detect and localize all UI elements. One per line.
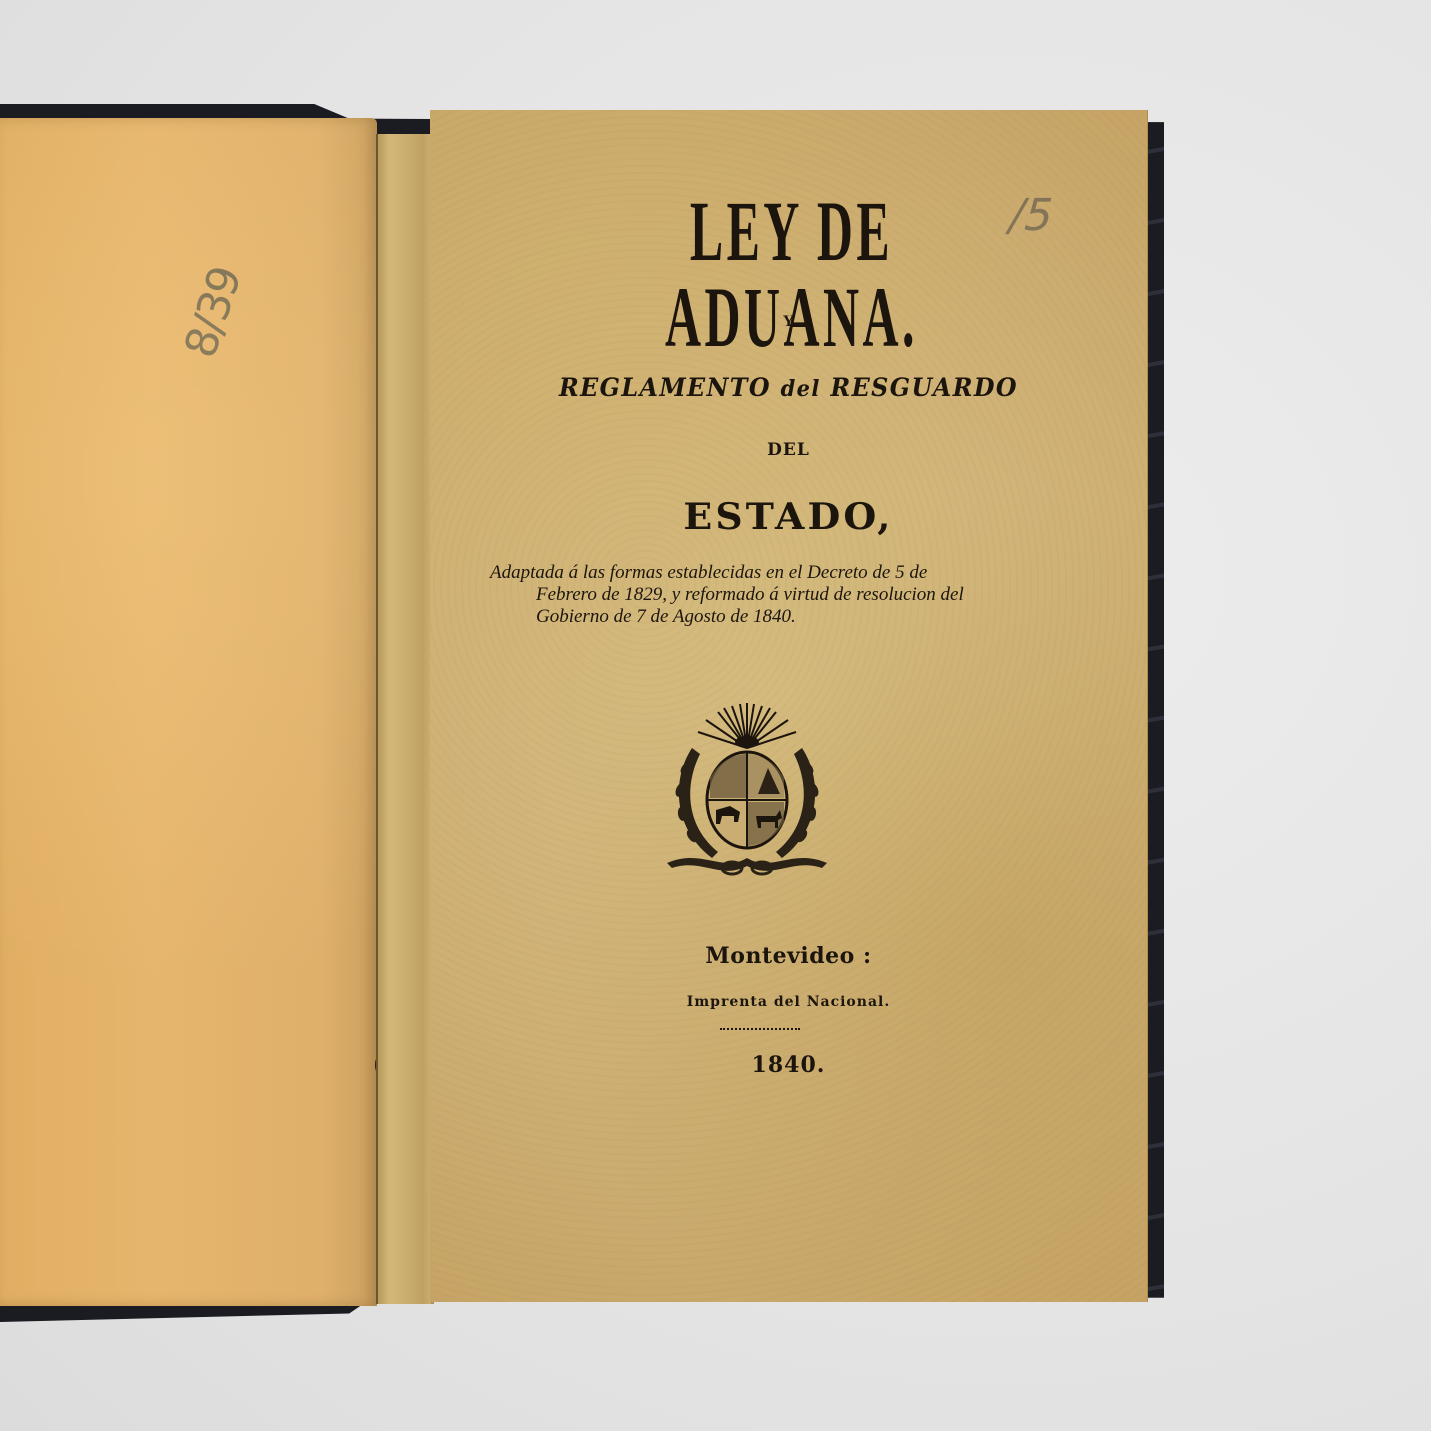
subtitle-del: del bbox=[781, 376, 821, 402]
pencil-shelfmark: 8/39 bbox=[175, 262, 252, 364]
coat-of-arms-icon bbox=[662, 698, 832, 883]
imprint-year: 1840. bbox=[430, 1052, 1147, 1078]
conjunction: Y bbox=[430, 313, 1147, 331]
imprint-city: Montevideo : bbox=[430, 943, 1147, 969]
imprint-printer: Imprenta del Nacional. bbox=[430, 994, 1147, 1010]
main-title: LEY DE ADUANA. bbox=[585, 188, 997, 360]
description-line-1: Adaptada á las formas establecidas en el… bbox=[490, 562, 1030, 584]
subtitle-reglamento: REGLAMENTO bbox=[559, 373, 771, 402]
decorative-rule bbox=[720, 1028, 800, 1031]
subtitle: REGLAMENTO del RESGUARDO bbox=[448, 373, 1129, 402]
pencil-page-number: /5 bbox=[1003, 190, 1059, 241]
title-page: /5 LEY DE ADUANA. Y REGLAMENTO del RESGU… bbox=[430, 110, 1148, 1302]
description-line-3: Gobierno de 7 de Agosto de 1840. bbox=[490, 606, 1030, 628]
description-paragraph: Adaptada á las formas establecidas en el… bbox=[490, 562, 1030, 628]
description-line-2: Febrero de 1829, y reformado á virtud de… bbox=[490, 584, 1030, 606]
estado-line: ESTADO, bbox=[412, 496, 1165, 538]
subtitle-resguardo: RESGUARDO bbox=[830, 373, 1018, 402]
book-gutter-hinge bbox=[376, 134, 434, 1304]
del-line: DEL bbox=[430, 440, 1147, 460]
left-endpaper: 8/39 bbox=[0, 118, 377, 1306]
